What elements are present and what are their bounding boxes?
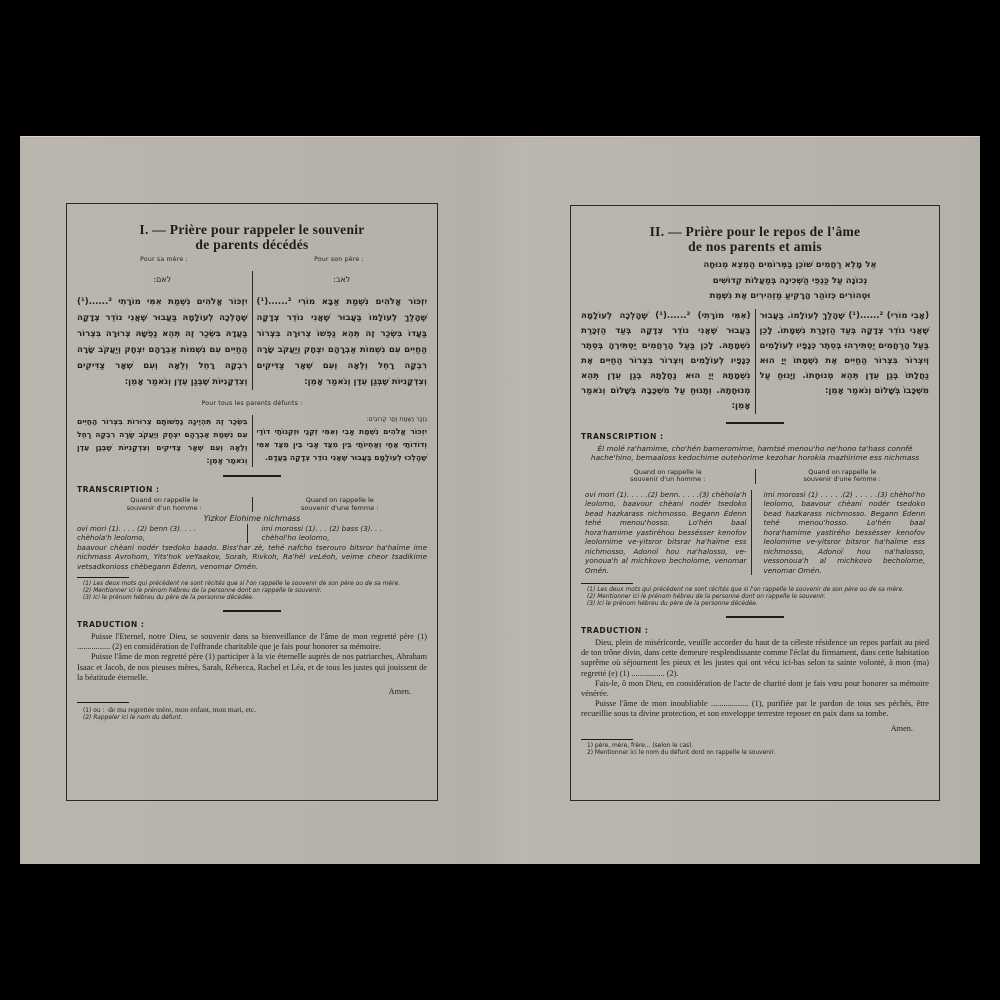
traduction-footnotes: (1) ou : de ma regrettée mère, mon enfan…: [77, 706, 427, 722]
transcription-man: ovi mori (1). . . . .(2) benn. . . . .(3…: [581, 490, 751, 576]
footnote-1-text: de ma regrettée mère, mon enfant, mon ma…: [108, 705, 256, 714]
hebrew-head-father: לאב:: [257, 275, 428, 284]
hebrew-parents-columns: לאם: יִזְכּוֹר אֱלֹהִים נִשְׁמַת אִמִּי …: [77, 271, 427, 390]
transcription-heading: TRANSCRIPTION :: [581, 432, 929, 441]
title-line-1: II. — Prière pour le repos de l'âme: [581, 224, 929, 239]
column-divider: [252, 271, 253, 390]
footnote-1-label: (1) ou :: [83, 708, 104, 714]
man-column: (אָבִי מוֹרִי) ²......(¹) שֶׁהָלַךְ לְעו…: [760, 309, 930, 414]
title-line-1: I. — Prière pour rappeler le souvenir: [77, 222, 427, 237]
transcription-woman: imi morossi (1) . . . . .(2) . . . . .(3…: [752, 490, 930, 576]
hebrew-text-all-right: יִזְכּוֹר אֱלֹהִים נִשְׁמַת אָבִי וְאִמִ…: [257, 425, 428, 464]
label-man: Quand on rappelle le souvenir d'un homme…: [581, 469, 755, 484]
amen: Amen.: [77, 687, 411, 696]
note-2: (2) Mentionner ici le prénom hébreu de l…: [587, 594, 929, 601]
title-line-2: de nos parents et amis: [581, 239, 929, 254]
footnote-rule: [77, 702, 129, 703]
note-2: (2) Mentionner ici le prénom hébreu de l…: [83, 588, 427, 595]
transcription-man: ovi mori (1). . . . (2) benn (3). . . . …: [77, 524, 243, 543]
transcription-woman-line-2: chèhol'ho leolomo,: [262, 533, 428, 543]
all-left-column: בִּשְׂכַר זֶה תִּהְיֶינָה נַפְשׁוֹתָם צְ…: [77, 415, 248, 467]
traduction-paragraph-1: Puisse l'Eternel, notre Dieu, se souveni…: [77, 632, 427, 652]
traduction-paragraph-3: Puisse l'âme de mon inoubliable ........…: [581, 699, 929, 719]
footnote-rule: [77, 577, 129, 578]
transcription-intro: Él molé ra'hamime, cho'hén bameromime, h…: [581, 444, 929, 463]
note-3: (3) Ici le prénom hébreu du père de la p…: [587, 601, 929, 608]
note-3: (3) Ici le prénom hébreu du père de la p…: [83, 595, 427, 602]
parent-labels: Pour sa mère : Pour son père :: [77, 256, 427, 263]
note-1: (1) Les deux mots qui précèdent ne sont …: [587, 587, 929, 594]
all-right-column: נִזְכָּר נִשְׁמַת וְתָר קְרוֹבִים: יִזְכ…: [257, 415, 428, 467]
separator-rule: [726, 422, 784, 424]
hebrew-intro-line-1: אֵל מָלֵא רַחֲמִים שׁוֹכֵן בַּמְּרוֹמִים…: [651, 258, 929, 274]
hebrew-text-all-left: בִּשְׂכַר זֶה תִּהְיֶינָה נַפְשׁוֹתָם צְ…: [77, 415, 248, 467]
amen: Amen.: [581, 724, 913, 733]
transcription-man-line-2: chèhola'h leolomo,: [77, 533, 243, 543]
hebrew-text-mother: יִזְכּוֹר אֱלֹהִים נִשְׁמַת אִמִּי מוֹרָ…: [77, 294, 248, 390]
transcription-man-line-1: ovi mori (1). . . . (2) benn (3). . . .: [77, 524, 243, 534]
hebrew-head-mother: לאם:: [77, 275, 248, 284]
traduction-heading: TRADUCTION :: [77, 620, 427, 629]
column-divider: [252, 415, 253, 467]
hebrew-text-father: יִזְכּוֹר אֱלֹהִים נִשְׁמַת אַבָּא מוֹרִ…: [257, 294, 428, 390]
hebrew-intro-line-3: וּטְהוֹרִים כְּזוֹהַר הָרָקִיעַ מַזְהִיר…: [651, 289, 929, 305]
woman-column: (אִמִּי מוֹרָתִי) ²......(¹) שֶׁהָלְכָה …: [581, 309, 751, 414]
hebrew-text-woman: (אִמִּי מוֹרָתִי) ²......(¹) שֶׁהָלְכָה …: [581, 309, 751, 414]
footnote-1: (1) ou : de ma regrettée mère, mon enfan…: [83, 706, 427, 715]
father-column: לאב: יִזְכּוֹר אֱלֹהִים נִשְׁמַת אַבָּא …: [257, 271, 428, 390]
traduction-paragraph-2: Puisse l'âme de mon regretté père (1) pa…: [77, 652, 427, 683]
traduction-text: Dieu, plein de miséricorde, veuille acco…: [581, 638, 929, 720]
separator-rule: [223, 475, 281, 477]
footnote-rule: [581, 739, 633, 740]
printed-sheet: I. — Prière pour rappeler le souvenir de…: [20, 136, 980, 864]
transcription-rest: baavour chèani nodér tsedoko baado. Biss…: [77, 543, 427, 572]
label-woman: Quand on rappelle le souvenir d'une femm…: [756, 469, 930, 484]
transcription-common: Yizkor Elohime nichmass: [77, 514, 427, 524]
footnote-2: (2) Rappeler ici le nom du défunt.: [83, 715, 427, 722]
transcription-woman-line-1: imi morossi (1). . . (2) bass (3). . .: [262, 524, 428, 534]
label-mother: Pour sa mère :: [140, 256, 188, 263]
label-all-parents: Pour tous les parents défunts :: [77, 400, 427, 407]
label-woman: Quand on rappelle le souvenir d'une femm…: [253, 497, 428, 512]
traduction-paragraph-2: Fais-le, ô mon Dieu, en considération de…: [581, 679, 929, 699]
prayer-panel-2: II. — Prière pour le repos de l'âme de n…: [570, 205, 940, 801]
hebrew-columns: (אִמִּי מוֹרָתִי) ²......(¹) שֶׁהָלְכָה …: [581, 309, 929, 414]
hebrew-intro-line-2: נְכוֹנָה עַל כַּנְפֵי הַשְּׁכִינָה בְּמַ…: [651, 274, 929, 290]
traduction-paragraph-1: Dieu, plein de miséricorde, veuille acco…: [581, 638, 929, 679]
traduction-footnotes: 1) père, mère, frère... (selon le cas). …: [581, 743, 929, 757]
hebrew-note: נִזְכָּר נִשְׁמַת וְתָר קְרוֹבִים:: [257, 415, 428, 425]
separator-rule: [223, 610, 281, 612]
footnote-rule: [581, 583, 633, 584]
transcription-labels: Quand on rappelle le souvenir d'un homme…: [77, 497, 427, 512]
transcription-columns: ovi mori (1). . . . .(2) benn. . . . .(3…: [581, 490, 929, 576]
title-line-2: de parents décédés: [77, 237, 427, 252]
transcription-split: ovi mori (1). . . . (2) benn (3). . . . …: [77, 524, 427, 543]
transcription-notes: (1) Les deux mots qui précèdent ne sont …: [77, 581, 427, 602]
note-1: (1) Les deux mots qui précèdent ne sont …: [83, 581, 427, 588]
panel-2-title: II. — Prière pour le repos de l'âme de n…: [581, 224, 929, 254]
column-divider: [247, 524, 248, 543]
footnote-1: 1) père, mère, frère... (selon le cas).: [587, 743, 929, 750]
column-divider: [755, 309, 756, 414]
prayer-panel-1: I. — Prière pour rappeler le souvenir de…: [66, 203, 438, 801]
hebrew-text-man: (אָבִי מוֹרִי) ²......(¹) שֶׁהָלַךְ לְעו…: [760, 309, 930, 399]
transcription-heading: TRANSCRIPTION :: [77, 485, 427, 494]
label-father: Pour son père :: [314, 256, 364, 263]
separator-rule: [726, 616, 784, 618]
label-man: Quand on rappelle le souvenir d'un homme…: [77, 497, 252, 512]
hebrew-intro: אֵל מָלֵא רַחֲמִים שׁוֹכֵן בַּמְּרוֹמִים…: [581, 258, 929, 305]
traduction-text: Puisse l'Eternel, notre Dieu, se souveni…: [77, 632, 427, 683]
traduction-heading: TRADUCTION :: [581, 626, 929, 635]
footnote-2: 2) Mentionner ici le nom du défunt dont …: [587, 750, 929, 757]
hebrew-all-columns: בִּשְׂכַר זֶה תִּהְיֶינָה נַפְשׁוֹתָם צְ…: [77, 415, 427, 467]
transcription-woman: imi morossi (1). . . (2) bass (3). . . c…: [252, 524, 428, 543]
transcription-notes: (1) Les deux mots qui précèdent ne sont …: [581, 587, 929, 608]
panel-1-title: I. — Prière pour rappeler le souvenir de…: [77, 222, 427, 252]
mother-column: לאם: יִזְכּוֹר אֱלֹהִים נִשְׁמַת אִמִּי …: [77, 271, 248, 390]
transcription-labels: Quand on rappelle le souvenir d'un homme…: [581, 469, 929, 484]
